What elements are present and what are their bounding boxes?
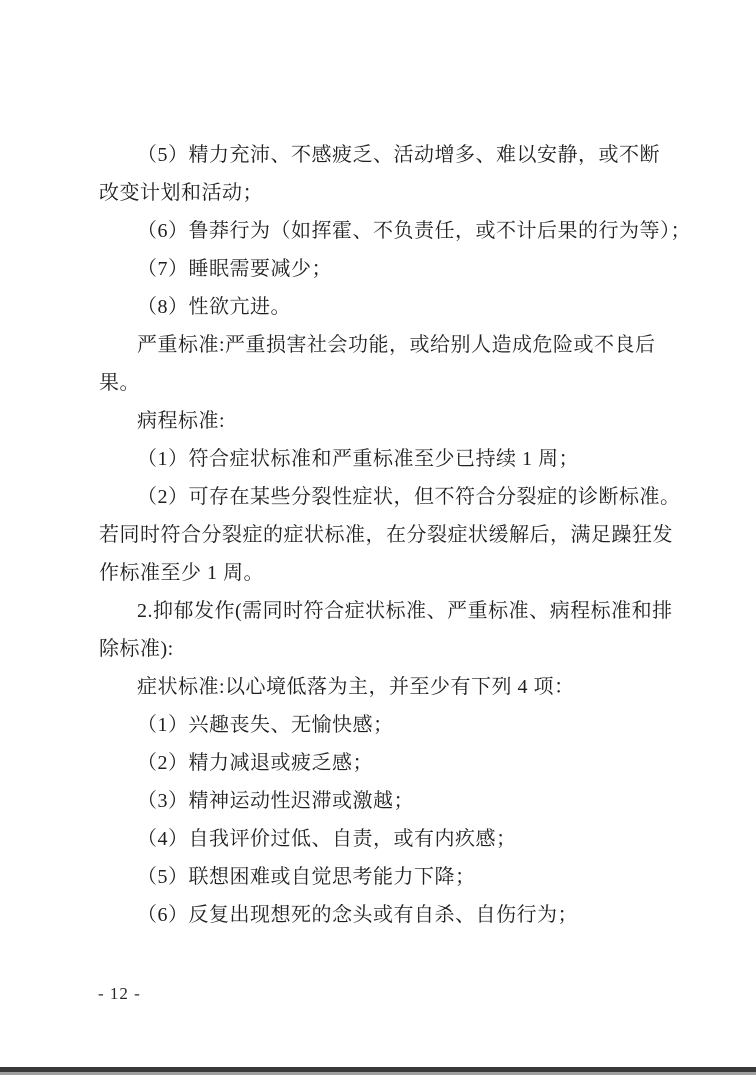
- text-line: （5）联想困难或自觉思考能力下降；: [99, 858, 671, 896]
- text-line: （2）精力减退或疲乏感；: [99, 744, 671, 782]
- text-line: （2）可存在某些分裂性症状，但不符合分裂症的诊断标准。: [99, 478, 671, 516]
- document-page: （5）精力充沛、不感疲乏、活动增多、难以安静，或不断改变计划和活动；（6）鲁莽行…: [0, 0, 756, 1075]
- text-line: 改变计划和活动；: [99, 174, 671, 212]
- text-line: 作标准至少 1 周。: [99, 554, 671, 592]
- text-line: （1）兴趣丧失、无愉快感；: [99, 706, 671, 744]
- text-line: （8）性欲亢进。: [99, 288, 671, 326]
- text-line: 症状标准:以心境低落为主，并至少有下列 4 项：: [99, 668, 671, 706]
- text-block: （5）精力充沛、不感疲乏、活动增多、难以安静，或不断改变计划和活动；（6）鲁莽行…: [99, 136, 671, 934]
- text-line: 2.抑郁发作(需同时符合症状标准、严重标准、病程标准和排: [99, 592, 671, 630]
- text-line: 严重标准:严重损害社会功能，或给别人造成危险或不良后: [99, 326, 671, 364]
- text-line: 若同时符合分裂症的症状标准，在分裂症状缓解后，满足躁狂发: [99, 516, 671, 554]
- page-number: - 12 -: [98, 984, 141, 1004]
- text-line: 病程标准:: [99, 402, 671, 440]
- text-line: （7）睡眠需要减少；: [99, 250, 671, 288]
- text-line: （6）反复出现想死的念头或有自杀、自伤行为；: [99, 896, 671, 934]
- text-line: （5）精力充沛、不感疲乏、活动增多、难以安静，或不断: [99, 136, 671, 174]
- text-line: （3）精神运动性迟滞或激越；: [99, 782, 671, 820]
- text-line: 果。: [99, 364, 671, 402]
- text-line: 除标准):: [99, 630, 671, 668]
- text-line: （6）鲁莽行为（如挥霍、不负责任，或不计后果的行为等）；: [99, 212, 671, 250]
- text-line: （1）符合症状标准和严重标准至少已持续 1 周；: [99, 440, 671, 478]
- text-line: （4）自我评价过低、自责，或有内疚感；: [99, 820, 671, 858]
